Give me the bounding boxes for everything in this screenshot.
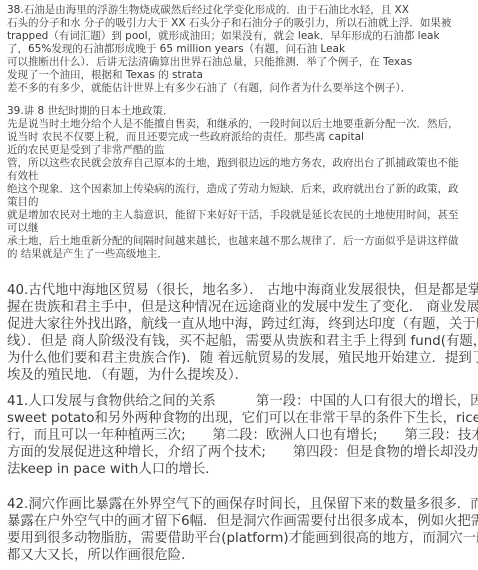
text-line: 的 结果就是产生了一些高级地主． bbox=[7, 248, 473, 261]
text-line: 说当时 农民不仅要上税，而且还要完成一些政府派给的责任．那些离 capital bbox=[7, 131, 473, 144]
text-line: 行，而且可以一年种植两三次; 第二段：欧洲人口也有增长; 第三段：技术 bbox=[7, 427, 473, 444]
text-line: 策目的 bbox=[7, 196, 473, 209]
paragraph-42-cave-painting: 42.洞穴作画比暴露在外界空气下的画保存时间长，且保留下来的数量多很多．而 暴露… bbox=[7, 496, 473, 564]
text-line: 要用到很多动物脂肪，需要借助平台(platform)才能画到很高的地方，而洞穴一… bbox=[7, 530, 473, 547]
text-line: 都又大又长，所以作画很危险． bbox=[7, 547, 473, 564]
text-line: 42.洞穴作画比暴露在外界空气下的画保存时间长，且保留下来的数量多很多．而 bbox=[7, 496, 473, 513]
text-line: 暴露在户外空气中的画才留下6幅．但是洞穴作画需要付出很多成本，例如火把需 bbox=[7, 513, 473, 530]
text-line: 管，所以这些农民就会放弃自己原本的土地，跑到很边远的地方务农，政府出台了抓捕政策… bbox=[7, 157, 473, 170]
text-line: 有效杜 bbox=[7, 170, 473, 183]
text-line: 为什么他们要和君主贵族合作)．随 着远航贸易的发展，殖民地开始建立．提到了 bbox=[7, 350, 473, 367]
text-line: 发现了一个油田，根据和 Texas 的 strata bbox=[7, 69, 473, 82]
text-line: 38.石油是由海里的浮游生物烧成碳然后经过化学变化形成的．由于石油比水轻，且 X… bbox=[7, 4, 473, 17]
text-line: 可以继 bbox=[7, 222, 473, 235]
text-line: 促进大家往外找出路，航线一直从地中海，跨过红海，终到达印度（有题，关于航 bbox=[7, 316, 473, 333]
paragraph-39-japan-land-policy: 39.讲 8 世纪时期的日本土地政策． 先是说当时土地分给个人是不能擅自售卖，和… bbox=[7, 105, 473, 261]
text-line: 可以推断出什么）．后讲无法清确算出世界石油总量，只能推测．举了个例子，在 Tex… bbox=[7, 56, 473, 69]
text-line: 线）．但是 商人阶级没有钱，买不起船，需要从贵族和君主手上得到 fund(有题， bbox=[7, 333, 473, 350]
text-line: 41.人口发展与食物供给之间的关系 第一段：中国的人口有很大的增长，因为 bbox=[7, 393, 473, 410]
document-page: 38.石油是由海里的浮游生物烧成碳然后经过化学变化形成的．由于石油比水轻，且 X… bbox=[0, 0, 478, 570]
text-line: 先是说当时土地分给个人是不能擅自售卖，和继承的，一段时间以后土地要重新分配一次．… bbox=[7, 118, 473, 131]
paragraph-40-mediterranean-trade: 40.古代地中海地区贸易（很长，地名多）． 古地中海商业发展很快，但是都是掌 握… bbox=[7, 282, 473, 384]
text-line: 差不多的有多少，就能估计世界上有多少石油了（有题，问作者为什么要举这个例子）． bbox=[7, 82, 473, 95]
text-line: 了，65%发现的石油都形成晚于 65 million years（有题，问石油 … bbox=[7, 43, 473, 56]
text-line: 绝这个现象．这个因素加上传染病的流行，造成了劳动力短缺．后来，政府就出台了新的政… bbox=[7, 183, 473, 196]
text-line: 39.讲 8 世纪时期的日本土地政策． bbox=[7, 105, 473, 118]
text-line: 握在贵族和君主手中，但是这种情况在远途商业的发展中发生了变化． 商业发展 bbox=[7, 299, 473, 316]
paragraph-38-oil-formation: 38.石油是由海里的浮游生物烧成碳然后经过化学变化形成的．由于石油比水轻，且 X… bbox=[7, 4, 473, 95]
text-line: 法keep in pace with人口的增长． bbox=[7, 461, 473, 478]
text-line: trapped（有词汇题）到 pool，就形成油田；如果没有，就会 leak．早… bbox=[7, 30, 473, 43]
text-line: 石头的分子和水 分子的吸引力大于 XX 石头分子和石油分子的吸引力，所以石油就上… bbox=[7, 17, 473, 30]
text-line: 埃及的殖民地．（有题，为什么提埃及）． bbox=[7, 367, 473, 384]
text-line: sweet potato和另外两种食物的出现，它们可以在非常干旱的条件下生长，r… bbox=[7, 410, 473, 427]
text-line: 就是增加农民对土地的主人翁意识，能留下来好好干活，手段就是延长农民的土地使用时间… bbox=[7, 209, 473, 222]
text-line: 方面的发展促进这种增长，介绍了两个技术; 第四段：但是食物的增长却没办 bbox=[7, 444, 473, 461]
text-line: 近的农民更是受到了非常严酷的监 bbox=[7, 144, 473, 157]
text-line: 40.古代地中海地区贸易（很长，地名多）． 古地中海商业发展很快，但是都是掌 bbox=[7, 282, 473, 299]
paragraph-41-population-food-supply: 41.人口发展与食物供给之间的关系 第一段：中国的人口有很大的增长，因为 swe… bbox=[7, 393, 473, 478]
text-line: 承土地，后土地重新分配的间隔时间越来越长，也越来越不那么规律了．后一方面似乎是讲… bbox=[7, 235, 473, 248]
